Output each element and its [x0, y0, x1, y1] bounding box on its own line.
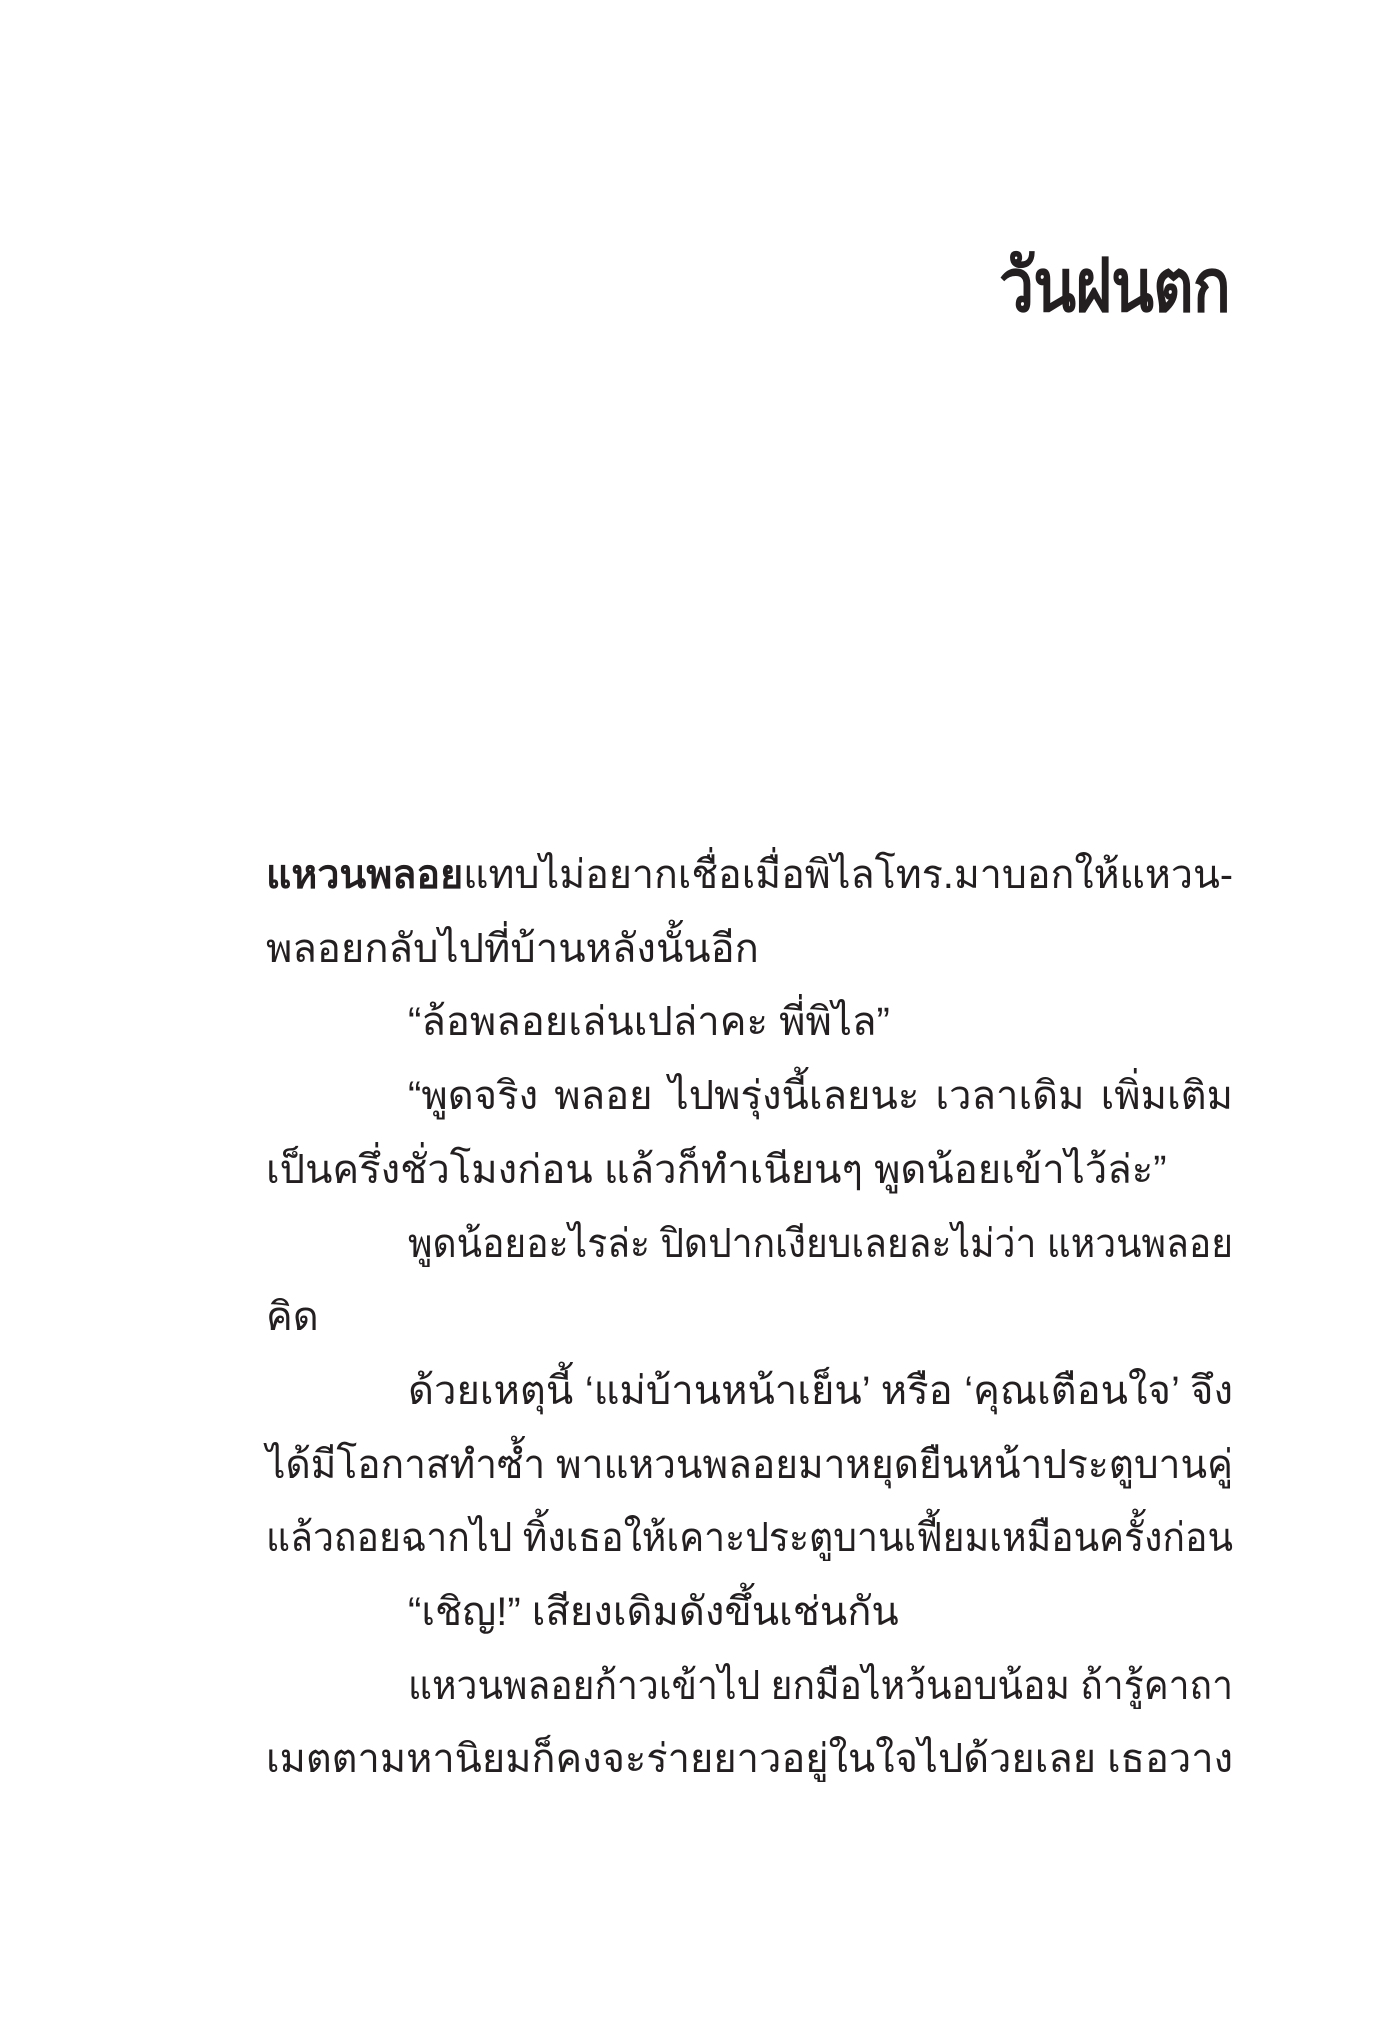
line-text: แทบไม่อยากเชื่อเมื่อพิไลโทร.มาบอกให้แหวน…: [463, 853, 1233, 897]
line-text: คิด: [266, 1295, 319, 1339]
text-line-11: “เชิญ!” เสียงเดิมดังขึ้นเช่นกัน: [408, 1575, 1233, 1649]
line-text: “พูดจริง พลอย ไปพรุ่งนี้เลยนะ เวลาเดิม เ…: [408, 1074, 1233, 1118]
lead-name-bold: แหวนพลอย: [266, 853, 463, 897]
text-line-5: เป็นครึ่งชั่วโมงก่อน แล้วก็ทำเนียนๆ พูดน…: [266, 1133, 1233, 1207]
text-line-12: แหวนพลอยก้าวเข้าไป ยกมือไหว้นอบน้อม ถ้าร…: [408, 1649, 1233, 1723]
text-line-2: พลอยกลับไปที่บ้านหลังนั้นอีก: [266, 912, 1233, 986]
text-line-8: ด้วยเหตุนี้ ‘แม่บ้านหน้าเย็น’ หรือ ‘คุณเ…: [408, 1354, 1233, 1428]
text-line-3: “ล้อพลอยเล่นเปล่าคะ พี่พิไล”: [408, 985, 1233, 1059]
line-text: พลอยกลับไปที่บ้านหลังนั้นอีก: [266, 927, 759, 971]
text-line-13: เมตตามหานิยมก็คงจะร่ายยาวอยู่ในใจไปด้วยเ…: [266, 1722, 1233, 1796]
line-text: ด้วยเหตุนี้ ‘แม่บ้านหน้าเย็น’ หรือ ‘คุณเ…: [408, 1369, 1233, 1413]
book-page: วันฝนตก แหวนพลอยแทบไม่อยากเชื่อเมื่อพิไล…: [0, 0, 1400, 2029]
line-text: เมตตามหานิยมก็คงจะร่ายยาวอยู่ในใจไปด้วยเ…: [266, 1737, 1233, 1781]
text-line-7: คิด: [266, 1280, 1233, 1354]
text-line-10: แล้วถอยฉากไป ทิ้งเธอให้เคาะประตูบานเฟี้ย…: [266, 1501, 1233, 1575]
line-text: “ล้อพลอยเล่นเปล่าคะ พี่พิไล”: [408, 1000, 890, 1044]
line-text: พูดน้อยอะไรล่ะ ปิดปากเงียบเลยละไม่ว่า แห…: [408, 1222, 1233, 1266]
line-text: แหวนพลอยก้าวเข้าไป ยกมือไหว้นอบน้อม ถ้าร…: [408, 1664, 1233, 1708]
text-line-6: พูดน้อยอะไรล่ะ ปิดปากเงียบเลยละไม่ว่า แห…: [408, 1207, 1233, 1281]
line-text: เป็นครึ่งชั่วโมงก่อน แล้วก็ทำเนียนๆ พูดน…: [266, 1148, 1167, 1192]
line-text: “เชิญ!” เสียงเดิมดังขึ้นเช่นกัน: [408, 1590, 899, 1634]
text-line-9: ได้มีโอกาสทำซ้ำ พาแหวนพลอยมาหยุดยืนหน้าป…: [266, 1428, 1233, 1502]
chapter-title-text: วันฝนตก: [999, 243, 1230, 329]
text-line-4: “พูดจริง พลอย ไปพรุ่งนี้เลยนะ เวลาเดิม เ…: [408, 1059, 1233, 1133]
line-text: ได้มีโอกาสทำซ้ำ พาแหวนพลอยมาหยุดยืนหน้าป…: [266, 1443, 1233, 1487]
text-line-1: แหวนพลอยแทบไม่อยากเชื่อเมื่อพิไลโทร.มาบอ…: [266, 838, 1233, 912]
chapter-title: วันฝนตก: [999, 236, 1230, 336]
line-text: แล้วถอยฉากไป ทิ้งเธอให้เคาะประตูบานเฟี้ย…: [266, 1516, 1233, 1560]
